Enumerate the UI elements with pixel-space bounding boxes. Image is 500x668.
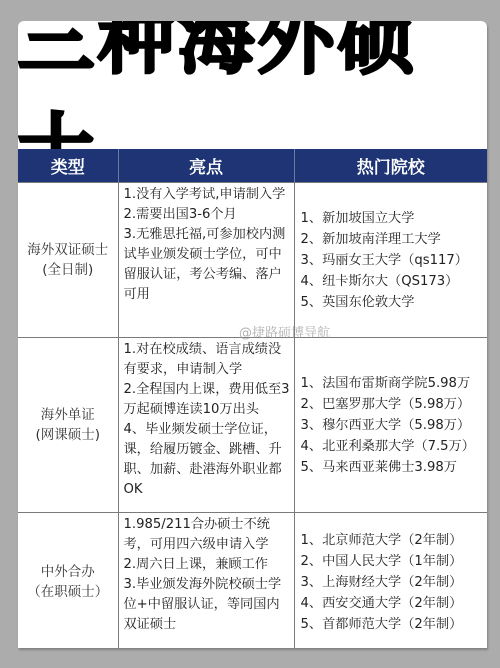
type-mode: (全日制) [19, 260, 117, 280]
school-item: 1、新加坡国立大学 [301, 208, 484, 229]
type-mode: （在职硕士） [19, 582, 117, 602]
school-item: 3、上海财经大学（2年制） [301, 572, 484, 593]
table-row: 海外单证 (网课硕士) 1.对在校成绩、语言成绩没有要求，申请制入学 2.全程国… [18, 338, 487, 513]
comparison-table: 类型 亮点 热门院校 海外双证硕士 (全日制) 1.没有入学考试,申请制入学 2… [18, 149, 487, 648]
type-name: 海外单证 [19, 405, 117, 425]
school-item: 1、法国布雷斯商学院5.98万 [301, 373, 484, 394]
highlights-cell: 1.没有入学考试,申请制入学 2.需要出国3-6个月 3.无雅思托福,可参加校内… [118, 183, 294, 338]
school-item: 2、中国人民大学（1年制） [301, 551, 484, 572]
highlight-item: 3.毕业颁发海外院校硕士学位+中留服认证，等同国内双证硕士 [124, 575, 291, 635]
school-item: 3、玛丽女王大学（qs117） [301, 250, 484, 271]
type-cell: 海外双证硕士 (全日制) [18, 183, 118, 338]
highlight-item: 1.没有入学考试,申请制入学 [124, 185, 291, 205]
school-item: 1、北京师范大学（2年制） [301, 530, 484, 551]
highlights-cell: 1.对在校成绩、语言成绩没有要求，申请制入学 2.全程国内上课，费用低至3万起硕… [118, 338, 294, 513]
highlight-item: 4、毕业频发硕士学位证，课，给履历镀金、跳槽、升职、加薪、赴港海外职业都OK [124, 420, 291, 500]
school-item: 5、英国东伦敦大学 [301, 292, 484, 313]
highlight-item: 1.985/211合办硕士不统考，可用四六级申请入学 [124, 515, 291, 555]
highlight-item: 2.周六日上课，兼顾工作 [124, 555, 291, 575]
type-name: 海外双证硕士 [19, 240, 117, 260]
column-header-schools: 热门院校 [294, 149, 487, 183]
column-header-type: 类型 [18, 149, 118, 183]
schools-cell: 1、新加坡国立大学 2、新加坡南洋理工大学 3、玛丽女王大学（qs117） 4、… [294, 183, 487, 338]
page-title: 三种海外硕士 [18, 21, 487, 149]
school-item: 3、穆尔西亚大学（5.98万） [301, 415, 484, 436]
school-item: 4、纽卡斯尔大（QS173） [301, 271, 484, 292]
type-mode: (网课硕士) [19, 425, 117, 445]
school-item: 5、首都师范大学（2年制） [301, 614, 484, 635]
type-cell: 中外合办 （在职硕士） [18, 513, 118, 649]
school-item: 5、马来西亚莱佛士3.98万 [301, 457, 484, 478]
highlight-item: 2.全程国内上课，费用低至3万起硕博连读10万出头 [124, 380, 291, 420]
school-item: 4、西安交通大学（2年制） [301, 593, 484, 614]
table-header-row: 类型 亮点 热门院校 [18, 149, 487, 183]
schools-cell: 1、法国布雷斯商学院5.98万 2、巴塞罗那大学（5.98万） 3、穆尔西亚大学… [294, 338, 487, 513]
school-item: 4、北亚利桑那大学（7.5万） [301, 436, 484, 457]
highlight-item: 1.对在校成绩、语言成绩没有要求，申请制入学 [124, 340, 291, 380]
table-row: 中外合办 （在职硕士） 1.985/211合办硕士不统考，可用四六级申请入学 2… [18, 513, 487, 649]
highlight-item: 2.需要出国3-6个月 [124, 205, 291, 225]
type-cell: 海外单证 (网课硕士) [18, 338, 118, 513]
watermark: @捷路硕博导航 [239, 322, 330, 341]
table-row: 海外双证硕士 (全日制) 1.没有入学考试,申请制入学 2.需要出国3-6个月 … [18, 183, 487, 338]
schools-cell: 1、北京师范大学（2年制） 2、中国人民大学（1年制） 3、上海财经大学（2年制… [294, 513, 487, 649]
highlights-cell: 1.985/211合办硕士不统考，可用四六级申请入学 2.周六日上课，兼顾工作 … [118, 513, 294, 649]
school-item: 2、新加坡南洋理工大学 [301, 229, 484, 250]
school-item: 2、巴塞罗那大学（5.98万） [301, 394, 484, 415]
highlight-item: 3.无雅思托福,可参加校内测试毕业颁发硕士学位，可中留服认证，考公考编、落户可用 [124, 225, 291, 305]
column-header-highlights: 亮点 [118, 149, 294, 183]
type-name: 中外合办 [19, 562, 117, 582]
